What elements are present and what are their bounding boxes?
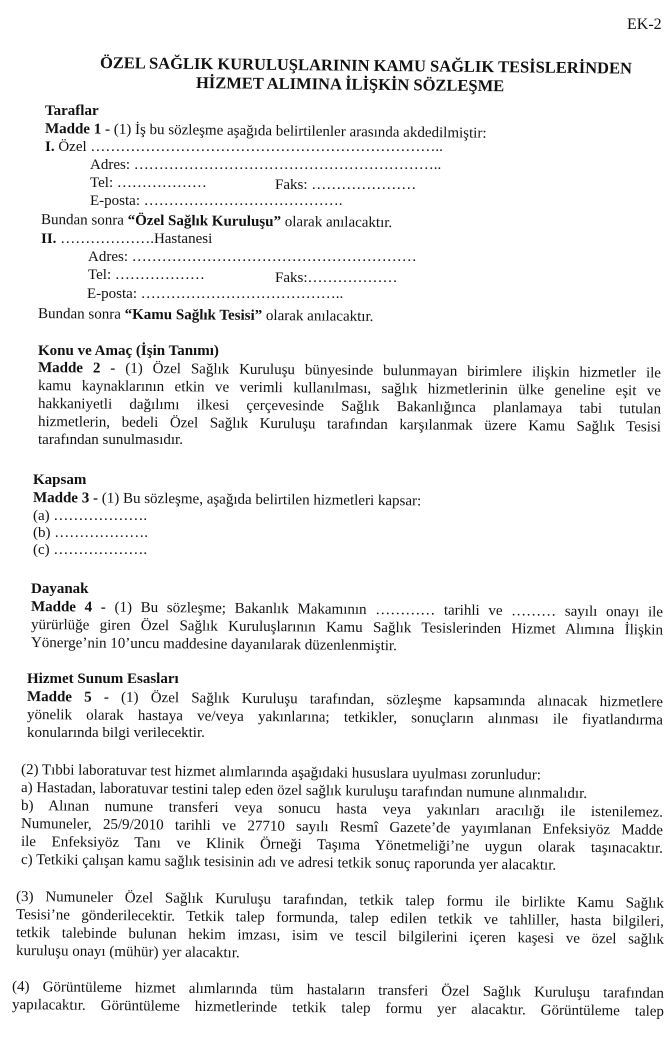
title-line-1: ÖZEL SAĞLIK KURULUŞLARININ KAMU SAĞLIK T… — [100, 54, 632, 77]
p3-line-4: kuruluşu onayı (mühür) yer alacaktır. — [16, 943, 240, 962]
madde-5-line-3: konularında bilgi verilecektir. — [27, 725, 205, 742]
madde-1-label: Madde 1 - — [45, 121, 110, 138]
madde-4-label: Madde 4 - — [31, 599, 106, 616]
party-2-eposta: E-posta: ………………………………….. — [87, 286, 343, 303]
section-heading-taraflar: Taraflar — [45, 103, 99, 120]
party-1-adres: Adres: …………………………………………………….. — [90, 157, 441, 174]
section-heading-konu: Konu ve Amaç (İşin Tanımı) — [38, 343, 219, 360]
title-line-2: HİZMET ALIMINA İLİŞKİN SÖZLEŞME — [196, 74, 504, 94]
party-1-designation: Bundan sonra “Özel Sağlık Kuruluşu” olar… — [41, 212, 392, 232]
party-1-designation-name: “Özel Sağlık Kuruluşu” — [128, 213, 282, 230]
annex-label: EK-2 — [627, 16, 662, 33]
party-1-faks: Faks: ………………… — [275, 177, 416, 194]
section-heading-dayanak: Dayanak — [31, 581, 89, 598]
party-2-name-line: II. ……………….Hastanesi — [41, 231, 212, 248]
party-1-name-line: I. Özel …………………………………………………………….. — [45, 139, 443, 156]
party-2-number: II. — [41, 231, 56, 247]
party-2-adres: Adres: ………………………………………………… — [88, 249, 417, 266]
party-2-designation-name: “Kamu Sağlık Tesisi” — [125, 307, 263, 324]
party-1-eposta: E-posta: …………………………………. — [90, 193, 343, 210]
madde-4-line-3: Yönerge’nin 10’uncu maddesine dayanılara… — [31, 635, 397, 655]
party-2-designation: Bundan sonra “Kamu Sağlık Tesisi” olarak… — [38, 306, 374, 326]
madde-3-label: Madde 3 - — [33, 490, 98, 507]
madde-2-label: Madde 2 - — [38, 360, 115, 377]
kapsam-item-b: (b) ………………. — [33, 525, 148, 542]
party-1-tel: Tel: ……………… — [90, 175, 207, 192]
kapsam-item-c: (c) ………………. — [33, 542, 147, 559]
kapsam-item-a: (a) ………………. — [33, 508, 147, 525]
party-1-number: I. — [45, 139, 55, 155]
party-2-tel: Tel: ……………… — [88, 267, 205, 284]
madde-5-label: Madde 5 - — [27, 689, 109, 706]
party-2-faks: Faks:……………… — [275, 270, 398, 287]
party-2-name-field: ……………….Hastanesi — [56, 231, 212, 247]
section-heading-hizmet: Hizmet Sunum Esasları — [27, 671, 179, 688]
section-heading-kapsam: Kapsam — [33, 472, 86, 489]
madde-2-line-5: tarafından sunulmasıdır. — [38, 432, 183, 449]
party-1-name-field: Özel …………………………………………………………….. — [55, 139, 443, 155]
